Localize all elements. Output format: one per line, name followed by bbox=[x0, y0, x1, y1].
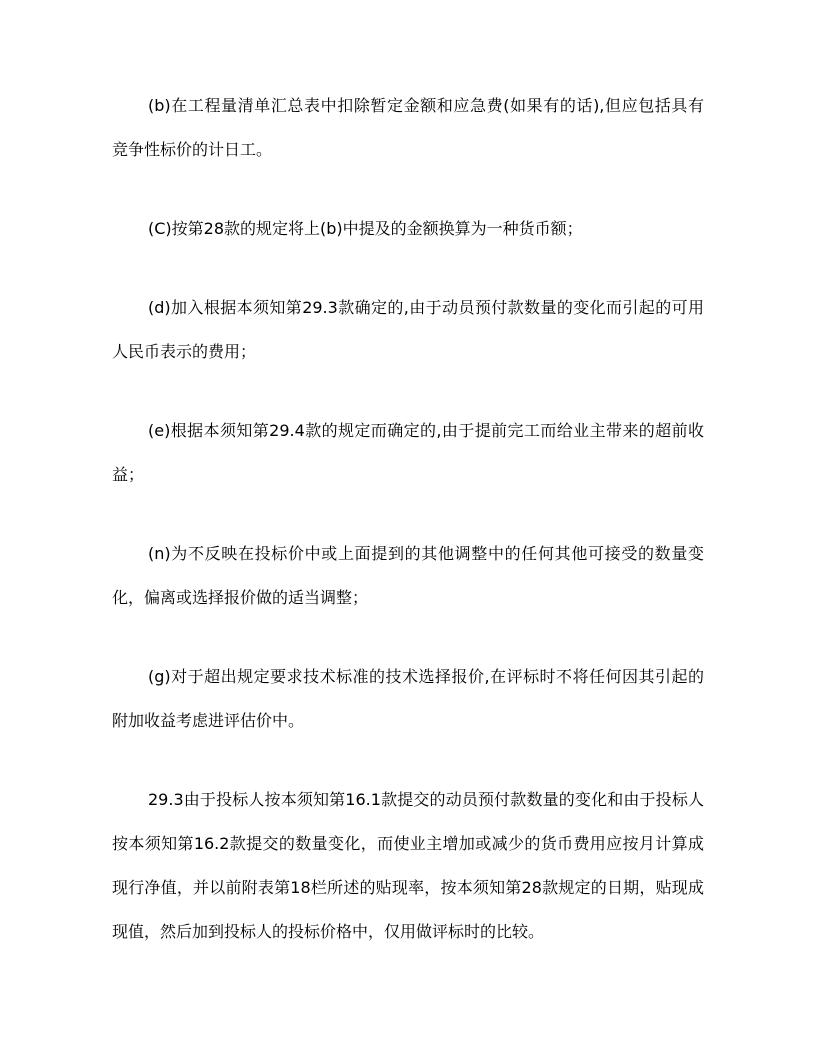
text-line: (n)为不反映在投标价中或上面提到的其他调整中的任何其他可接受的数量变 bbox=[112, 532, 704, 576]
text-line: 化，偏离或选择报价做的适当调整； bbox=[112, 576, 704, 620]
text-line: (d)加入根据本须知第29.3款确定的,由于动员预付款数量的变化而引起的可用 bbox=[112, 286, 704, 330]
text-line: 人民币表示的费用； bbox=[112, 330, 704, 374]
text-line: 竞争性标价的计日工。 bbox=[112, 128, 704, 172]
paragraph-clause-29-3: 29.3由于投标人按本须知第16.1款提交的动员预付款数量的变化和由于投标人 按… bbox=[112, 778, 704, 954]
text-line: (b)在工程量清单汇总表中扣除暂定金额和应急费(如果有的话),但应包括具有 bbox=[112, 84, 704, 128]
text-line: 益； bbox=[112, 453, 704, 497]
text-line: (e)根据本须知第29.4款的规定而确定的,由于提前完工而给业主带来的超前收 bbox=[112, 409, 704, 453]
text-line: (g)对于超出规定要求技术标准的技术选择报价,在评标时不将任何因其引起的 bbox=[112, 655, 704, 699]
document-page: (b)在工程量清单汇总表中扣除暂定金额和应急费(如果有的话),但应包括具有 竞争… bbox=[0, 0, 816, 1056]
text-line: 按本须知第16.2款提交的数量变化，而使业主增加或减少的货币费用应按月计算成 bbox=[112, 822, 704, 866]
text-line: 附加收益考虑进评估价中。 bbox=[112, 699, 704, 743]
text-line: 现行净值，并以前附表第18栏所述的贴现率，按本须知第28款规定的日期，贴现成 bbox=[112, 866, 704, 910]
text-line: 29.3由于投标人按本须知第16.1款提交的动员预付款数量的变化和由于投标人 bbox=[112, 778, 704, 822]
paragraph-clause-d: (d)加入根据本须知第29.3款确定的,由于动员预付款数量的变化而引起的可用 人… bbox=[112, 286, 704, 374]
paragraph-clause-e: (e)根据本须知第29.4款的规定而确定的,由于提前完工而给业主带来的超前收 益… bbox=[112, 409, 704, 497]
text-line: 现值，然后加到投标人的投标价格中，仅用做评标时的比较。 bbox=[112, 910, 704, 954]
paragraph-clause-b: (b)在工程量清单汇总表中扣除暂定金额和应急费(如果有的话),但应包括具有 竞争… bbox=[112, 84, 704, 172]
text-line: (C)按第28款的规定将上(b)中提及的金额换算为一种货币额； bbox=[112, 207, 704, 251]
paragraph-clause-g: (g)对于超出规定要求技术标准的技术选择报价,在评标时不将任何因其引起的 附加收… bbox=[112, 655, 704, 743]
paragraph-clause-n: (n)为不反映在投标价中或上面提到的其他调整中的任何其他可接受的数量变 化，偏离… bbox=[112, 532, 704, 620]
paragraph-clause-c: (C)按第28款的规定将上(b)中提及的金额换算为一种货币额； bbox=[112, 207, 704, 251]
